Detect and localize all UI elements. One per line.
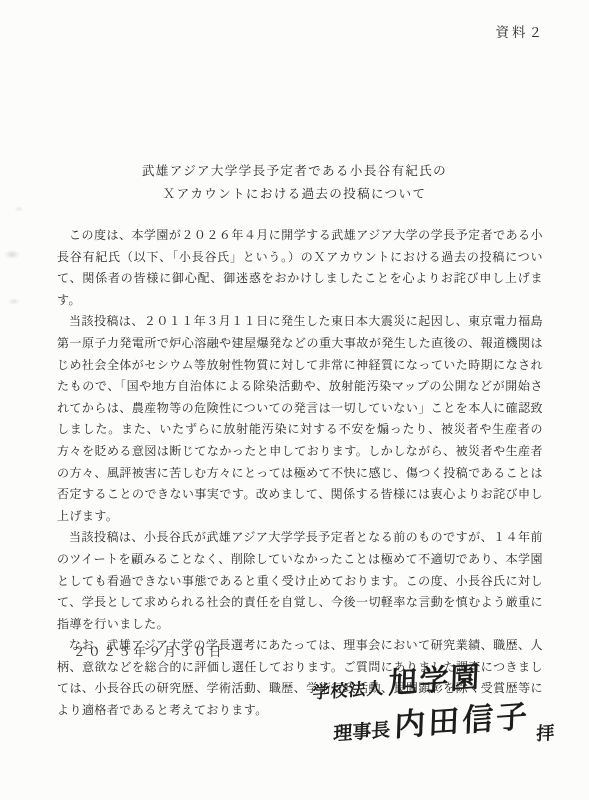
corner-document-label: 資料２ [496,21,546,41]
document-date: ２０２５年９月３０日 [73,642,224,660]
signature-person-name: 内田信子 [394,698,531,743]
scanned-document-page: 資料２ 武雄アジア大学学長予定者である小長谷有紀氏の Ｘアカウントにおける過去の… [0,0,589,800]
handwritten-signature-block: 学校法人 旭学園 理事長 内田信子 拝 [297,649,572,752]
scan-smudge [4,250,20,259]
body-paragraph: この度は、本学園が２０２６年４月に開学する武雄アジア大学の学長予定者である小長谷… [57,225,543,311]
document-title-line-2: Ｘアカウントにおける過去の投稿について [0,183,589,206]
signature-org-type: 学校法人 [312,678,384,702]
scan-smudge [8,298,20,305]
signature-honorific: 拝 [536,723,555,744]
document-title: 武雄アジア大学学長予定者である小長谷有紀氏の Ｘアカウントにおける過去の投稿につ… [0,160,589,206]
body-paragraph: 当該投稿は、小長谷氏が武雄アジア大学学長予定者となる前のものですが、１４年前のツ… [57,527,543,635]
scan-smudge [14,206,24,212]
document-title-line-1: 武雄アジア大学学長予定者である小長谷有紀氏の [0,160,589,183]
body-paragraph: 当該投稿は、２０１１年３月１１日に発生した東日本大震災に起因し、東京電力福島第一… [57,311,543,527]
signature-role: 理事長 [333,720,391,745]
